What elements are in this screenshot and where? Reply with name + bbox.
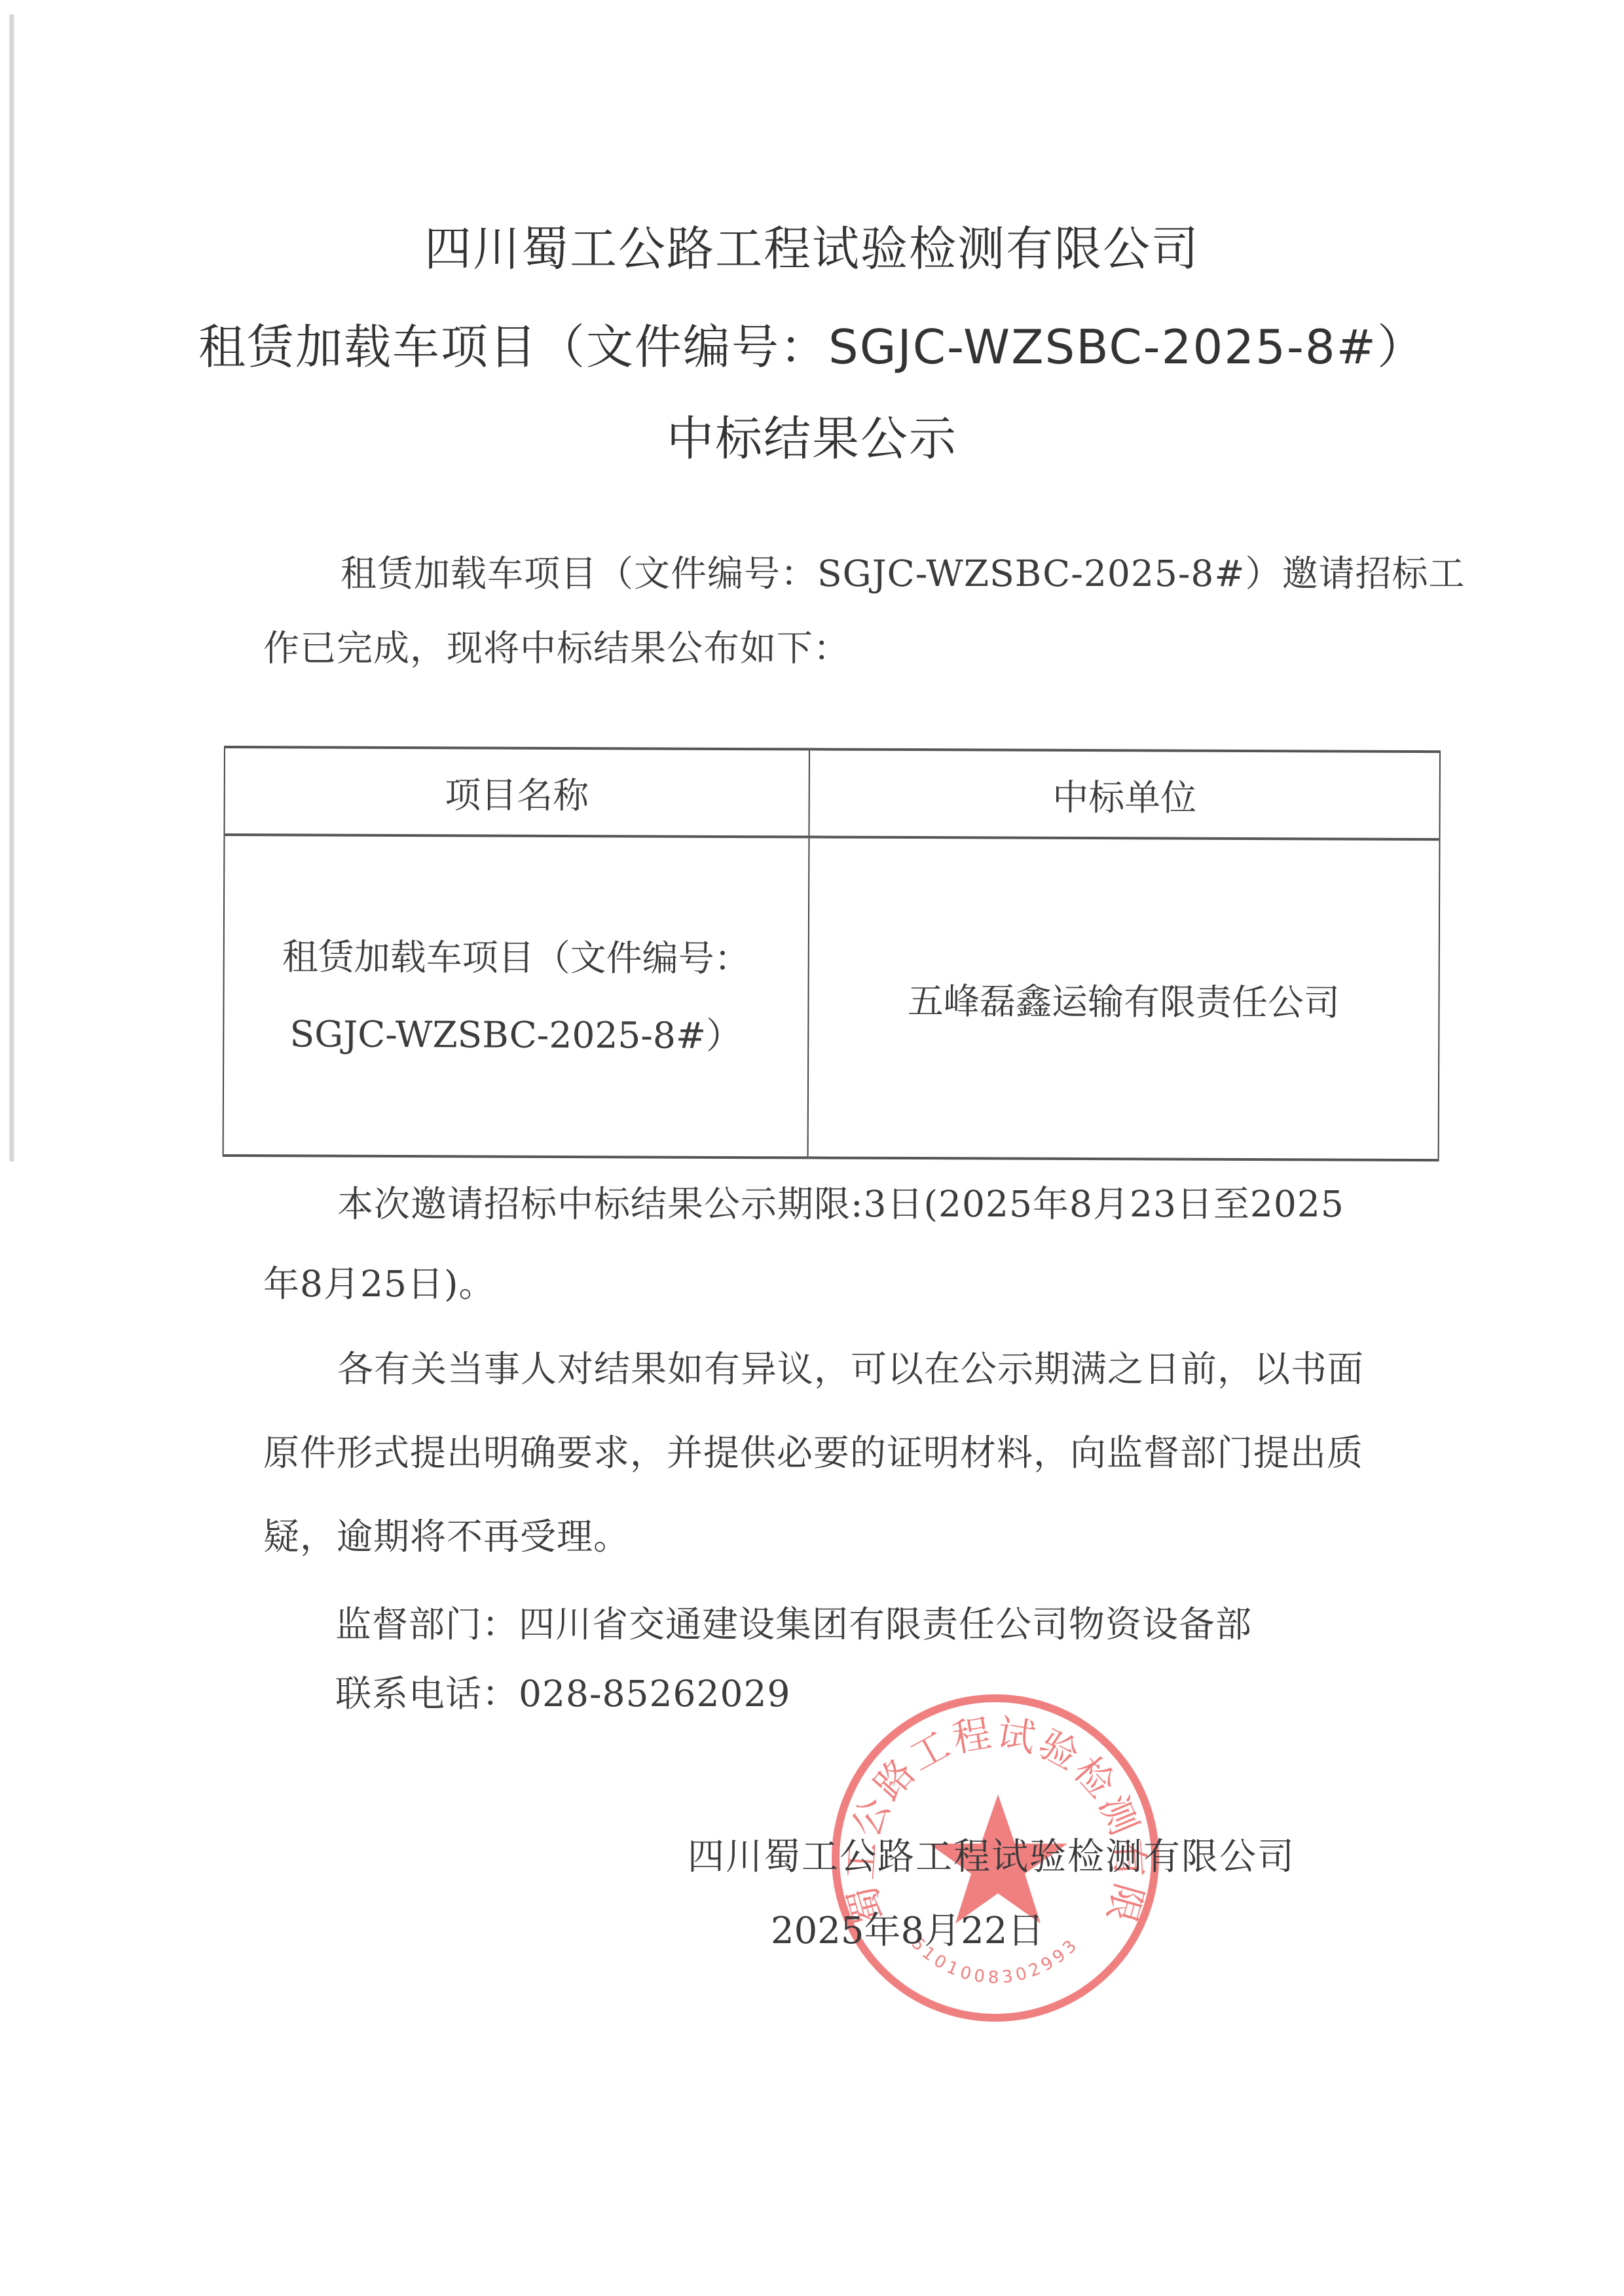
signature-company: 四川蜀工公路工程试验检测有限公司: [688, 1834, 1295, 1880]
supervisor-line: 监督部门：四川省交通建设集团有限责任公司物资设备部: [335, 1601, 1252, 1647]
objection-line-2: 原件形式提出明确要求，并提供必要的证明材料，向监督部门提出质: [263, 1430, 1363, 1476]
period-line-2: 年8月25日)。: [263, 1261, 495, 1307]
intro-line-2: 作已完成，现将中标结果公布如下：: [263, 625, 850, 671]
objection-line-3: 疑，逾期将不再受理。: [263, 1514, 630, 1559]
header-project-name: 项目名称: [224, 747, 809, 837]
period-line-1: 本次邀请招标中标结果公示期限:3日(2025年8月23日至2025: [337, 1181, 1344, 1227]
objection-line-1: 各有关当事人对结果如有异议，可以在公示期满之日前，以书面: [337, 1346, 1364, 1392]
project-title: 租赁加载车项目（文件编号：SGJC-WZSBC-2025-8#）: [0, 318, 1624, 376]
table-row: 租赁加载车项目（文件编号： SGJC-WZSBC-2025-8#） 五峰磊鑫运输…: [223, 835, 1440, 1160]
scan-edge-shadow: [9, 14, 14, 1161]
company-title: 四川蜀工公路工程试验检测有限公司: [0, 219, 1624, 278]
cell-project-name: 租赁加载车项目（文件编号： SGJC-WZSBC-2025-8#）: [223, 835, 809, 1157]
project-name-line-2: SGJC-WZSBC-2025-8#）: [224, 995, 807, 1074]
intro-line-1: 租赁加载车项目（文件编号：SGJC-WZSBC-2025-8#）邀请招标工: [341, 551, 1465, 596]
result-table: 项目名称 中标单位 租赁加载车项目（文件编号： SGJC-WZSBC-2025-…: [223, 746, 1441, 1161]
signature-date: 2025年8月22日: [771, 1908, 1044, 1954]
notice-title: 中标结果公示: [0, 409, 1624, 468]
cell-winning-bidder: 五峰磊鑫运输有限责任公司: [808, 837, 1440, 1160]
table-header-row: 项目名称 中标单位: [224, 747, 1440, 839]
header-winning-bidder: 中标单位: [809, 749, 1440, 839]
phone-line: 联系电话：028-85262029: [335, 1671, 791, 1717]
project-name-line-1: 租赁加载车项目（文件编号：: [225, 918, 808, 997]
